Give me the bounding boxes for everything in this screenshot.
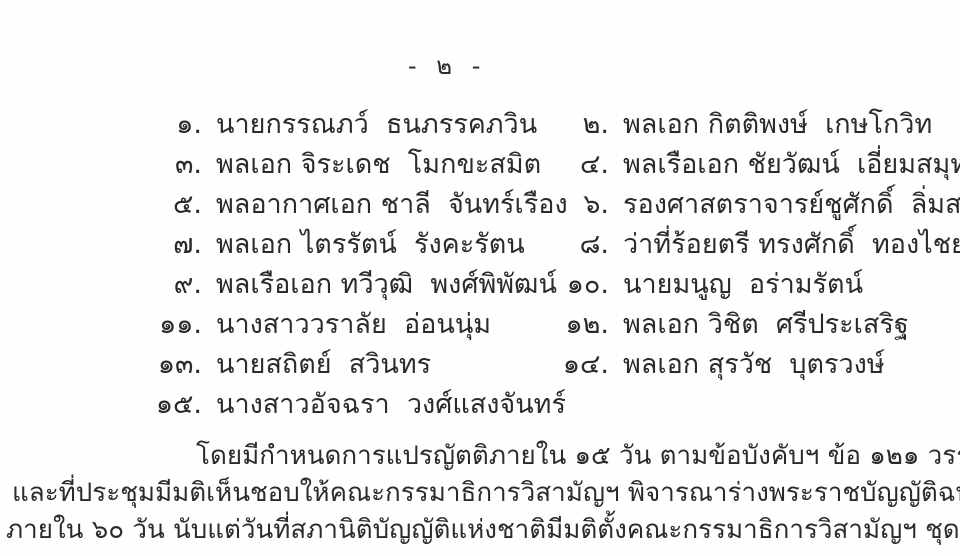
member-item-name: พลเรือเอก ทวีวุฒิ พงศ์พิพัฒน์ <box>202 268 547 302</box>
member-item-name: พลเอก สุรวัช บุตรวงษ์ <box>609 348 960 382</box>
member-item-number: ๕. <box>150 188 202 222</box>
member-item-name: พลเอก วิชิต ศรีประเสริฐ <box>609 308 960 342</box>
member-item-name: นายสถิตย์ สวินทร <box>202 348 547 382</box>
member-item-number: ๑๐. <box>547 268 609 302</box>
member-item-name: พลเรือเอก ชัยวัฒน์ เอี่ยมสมุทร <box>609 148 960 182</box>
member-item-name: พลเอก ไตรรัตน์ รังคะรัตน <box>202 228 547 262</box>
member-item-name: นายมนูญ อร่ามรัตน์ <box>609 268 960 302</box>
member-item-number: ๑๓. <box>150 348 202 382</box>
member-item-number: ๑. <box>150 108 202 142</box>
member-item-number: ๒. <box>547 108 609 142</box>
member-item-number: ๑๕. <box>150 388 202 422</box>
member-item-name: พลอากาศเอก ชาลี จันทร์เรือง <box>202 188 547 222</box>
member-item-number: ๑๔. <box>547 348 609 382</box>
member-item-name: รองศาสตราจารย์ชูศักดิ์ ลิ่มสกุล <box>609 188 960 222</box>
paragraph-line-2: และที่ประชุมมีมติเห็นชอบให้คณะกรรมาธิการ… <box>12 475 960 512</box>
member-item-number: ๗. <box>150 228 202 262</box>
member-list: ๑. นายกรรณภว์ ธนภรรคภวิน ๒. พลเอก กิตติพ… <box>150 108 960 428</box>
member-item-name: นางสาววราลัย อ่อนนุ่ม <box>202 308 547 342</box>
member-item-number: ๑๒. <box>547 308 609 342</box>
member-item-name: ว่าที่ร้อยตรี ทรงศักดิ์ ทองไชย <box>609 228 960 262</box>
resolution-paragraph: โดยมีกำหนดการแปรญัตติภายใน ๑๕ วัน ตามข้อ… <box>0 438 960 549</box>
member-item-number: ๖. <box>547 188 609 222</box>
document-page: - ๒ - ๑. นายกรรณภว์ ธนภรรคภวิน ๒. พลเอก … <box>0 0 960 556</box>
member-item-name: พลเอก กิตติพงษ์ เกษโกวิท <box>609 108 960 142</box>
member-item-number: ๓. <box>150 148 202 182</box>
page-number: - ๒ - <box>408 46 486 85</box>
paragraph-line-3: ภายใน ๖๐ วัน นับแต่วันที่สภานิติบัญญัติแ… <box>6 512 960 549</box>
paragraph-line-1: โดยมีกำหนดการแปรญัตติภายใน ๑๕ วัน ตามข้อ… <box>196 438 960 475</box>
member-item-number: ๑๑. <box>150 308 202 342</box>
member-item-name: นายกรรณภว์ ธนภรรคภวิน <box>202 108 547 142</box>
member-item-number: ๘. <box>547 228 609 262</box>
member-item-number: ๔. <box>547 148 609 182</box>
member-item-number: ๙. <box>150 268 202 302</box>
member-item-name: พลเอก จิระเดช โมกขะสมิต <box>202 148 547 182</box>
member-item-name: นางสาวอัจฉรา วงศ์แสงจันทร์ <box>202 388 547 422</box>
